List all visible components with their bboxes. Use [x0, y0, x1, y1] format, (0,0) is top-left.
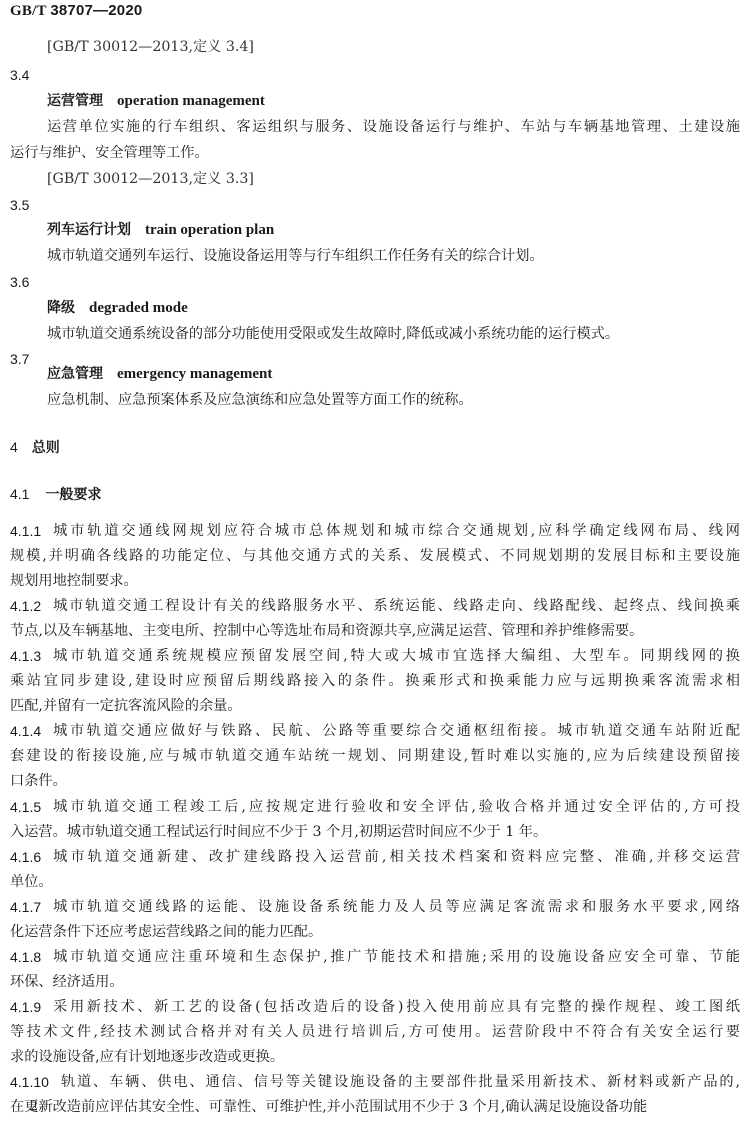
clause-text: 轨道、车辆、供电、通信、信号等关键设施设备的主要部件批量采用新技术、新材料或新产… [61, 1070, 740, 1095]
standard-prefix: GB/T [10, 3, 46, 19]
clause-text: 乘站宜同步建设,建设时应预留后期线路接入的条件。换乘形式和换乘能力应与远期换乘客… [10, 669, 740, 694]
clause-number: 4.1.9 [10, 995, 41, 1020]
clause-text: 规划用地控制要求。 [10, 573, 138, 589]
term-zh: 运营管理 [47, 93, 103, 109]
clause-text: 城市轨道交通线网规划应符合城市总体规划和城市综合交通规划,应科学确定线网布局、线… [53, 519, 740, 544]
clause-text: 在更新改造前应评估其安全性、可靠性、可维护性,并小范围试用不少于 3 个月,确认… [10, 1099, 647, 1115]
definition-text: 城市轨道交通系统设备的部分功能使用受限或发生故障时,降低或减小系统功能的运行模式… [47, 322, 750, 347]
clause-text: 城市轨道交通应做好与铁路、民航、公路等重要综合交通枢纽衔接。城市轨道交通车站附近… [53, 719, 740, 744]
term-heading: 降级degraded mode [47, 296, 750, 321]
clause-line: 乘站宜同步建设,建设时应预留后期线路接入的条件。换乘形式和换乘能力应与远期换乘客… [10, 669, 740, 694]
definition-text: 城市轨道交通列车运行、设施设备运用等与行车组织工作任务有关的综合计划。 [47, 244, 750, 269]
clause-first-line: 4.1.10轨道、车辆、供电、通信、信号等关键设施设备的主要部件批量采用新技术、… [10, 1070, 740, 1095]
clause-line: 口条件。 [10, 769, 740, 794]
clause-text: 入运营。城市轨道交通工程试运行时间应不少于 3 个月,初期运营时间应不少于 1 … [10, 824, 547, 840]
clause-line: 套建设的衔接设施,应与城市轨道交通车站统一规划、同期建设,暂时难以实施的,应为后… [10, 744, 740, 769]
clause-line: 在更新改造前应评估其安全性、可靠性、可维护性,并小范围试用不少于 3 个月,确认… [10, 1095, 740, 1120]
term-heading: 运营管理operation management [47, 89, 750, 114]
clause-line: 单位。 [10, 870, 740, 895]
clause-number: 4.1.7 [10, 895, 41, 920]
clause-first-line: 4.1.4城市轨道交通应做好与铁路、民航、公路等重要综合交通枢纽衔接。城市轨道交… [10, 719, 740, 744]
section-number: 3.4 [10, 63, 740, 88]
clause-first-line: 4.1.9采用新技术、新工艺的设备(包括改造后的设备)投入使用前应具有完整的操作… [10, 995, 740, 1020]
clause-text: 城市轨道交通工程竣工后,应按规定进行验收和安全评估,验收合格并通过安全评估的,方… [53, 795, 740, 820]
chapter-heading: 4总则 [10, 435, 740, 461]
term-heading: 应急管理emergency management [47, 362, 750, 387]
clause-line: 匹配,并留有一定抗客流风险的余量。 [10, 694, 740, 719]
clause-text: 规模,并明确各线路的功能定位、与其他交通方式的关系、发展模式、不同规划期的发展目… [10, 544, 740, 569]
clause-text: 求的设施设备,应有计划地逐步改造或更换。 [10, 1049, 284, 1065]
clause-number: 4.1.1 [10, 519, 41, 544]
clause-number: 4.1.8 [10, 945, 41, 970]
citation: [GB/T 30012—2013,定义 3.3] [47, 167, 750, 192]
clause-text: 城市轨道交通新建、改扩建线路投入运营前,相关技术档案和资料应完整、准确,并移交运… [53, 845, 740, 870]
chapter-number: 4 [10, 439, 18, 455]
clause-text: 环保、经济适用。 [10, 974, 124, 990]
clause-line: 入运营。城市轨道交通工程试运行时间应不少于 3 个月,初期运营时间应不少于 1 … [10, 820, 740, 845]
text-line: 运营单位实施的行车组织、客运组织与服务、设施设备运行与维护、车站与车辆基地管理、… [47, 115, 740, 140]
clause-text: 等技术文件,经技术测试合格并对有关人员进行培训后,方可使用。运营阶段中不符合有关… [10, 1020, 740, 1045]
clause-text: 口条件。 [10, 773, 67, 789]
clause-line: 等技术文件,经技术测试合格并对有关人员进行培训后,方可使用。运营阶段中不符合有关… [10, 1020, 740, 1045]
term-zh: 列车运行计划 [47, 222, 131, 238]
clause-number: 4.1.4 [10, 719, 41, 744]
clause-first-line: 4.1.2城市轨道交通工程设计有关的线路服务水平、系统运能、线路走向、线路配线、… [10, 594, 740, 619]
term-en: operation management [117, 93, 265, 109]
clause-text: 城市轨道交通应注重环境和生态保护,推广节能技术和措施;采用的设施设备应安全可靠、… [53, 945, 740, 970]
clause-number: 4.1.3 [10, 644, 41, 669]
clause-text: 化运营条件下还应考虑运营线路之间的能力匹配。 [10, 924, 322, 940]
section-number: 3.5 [10, 193, 740, 218]
clause-line: 化运营条件下还应考虑运营线路之间的能力匹配。 [10, 920, 740, 945]
clause-line: 节点,以及车辆基地、主变电所、控制中心等选址布局和资源共享,应满足运营、管理和养… [10, 619, 740, 644]
clause-line: 规划用地控制要求。 [10, 569, 740, 594]
clause-line: 规模,并明确各线路的功能定位、与其他交通方式的关系、发展模式、不同规划期的发展目… [10, 544, 740, 569]
definition-text: 运行与维护、安全管理等工作。 [10, 141, 740, 166]
clause-text: 城市轨道交通系统规模应预留发展空间,特大或大城市宜选择大编组、大型车。同期线网的… [53, 644, 740, 669]
term-heading: 列车运行计划train operation plan [47, 218, 750, 243]
subsection-title: 一般要求 [45, 487, 101, 503]
term-en: degraded mode [89, 300, 188, 316]
clause-text: 城市轨道交通线路的运能、设施设备系统能力及人员等应满足客流需求和服务水平要求,网… [53, 895, 740, 920]
standard-number: 38707—2020 [50, 2, 142, 19]
standard-header: GB/T 38707—2020 [10, 2, 142, 20]
definition-text: 运营单位实施的行车组织、客运组织与服务、设施设备运行与维护、车站与车辆基地管理、… [47, 115, 740, 140]
clause-line: 求的设施设备,应有计划地逐步改造或更换。 [10, 1045, 740, 1070]
clause-text: 套建设的衔接设施,应与城市轨道交通车站统一规划、同期建设,暂时难以实施的,应为后… [10, 744, 740, 769]
subsection-heading: 4.1一般要求 [10, 482, 740, 508]
document-page: GB/T 38707—2020 [GB/T 30012—2013,定义 3.4]… [0, 0, 750, 1129]
clause-text: 单位。 [10, 874, 53, 890]
clause-first-line: 4.1.5城市轨道交通工程竣工后,应按规定进行验收和安全评估,验收合格并通过安全… [10, 795, 740, 820]
clause-text: 匹配,并留有一定抗客流风险的余量。 [10, 698, 242, 714]
term-zh: 降级 [47, 300, 75, 316]
clause-line: 环保、经济适用。 [10, 970, 740, 995]
clause-number: 4.1.5 [10, 795, 41, 820]
term-en: train operation plan [145, 222, 274, 238]
chapter-title: 总则 [32, 440, 60, 456]
page-number: 2 [30, 1099, 38, 1114]
clause-text: 城市轨道交通工程设计有关的线路服务水平、系统运能、线路走向、线路配线、起终点、线… [53, 594, 740, 619]
definition-text: 应急机制、应急预案体系及应急演练和应急处置等方面工作的统称。 [47, 388, 750, 413]
clause-text: 采用新技术、新工艺的设备(包括改造后的设备)投入使用前应具有完整的操作规程、竣工… [53, 995, 740, 1020]
section-number: 3.6 [10, 270, 740, 295]
subsection-number: 4.1 [10, 486, 29, 502]
term-zh: 应急管理 [47, 366, 103, 382]
citation: [GB/T 30012—2013,定义 3.4] [47, 35, 750, 60]
clause-number: 4.1.6 [10, 845, 41, 870]
clause-number: 4.1.2 [10, 594, 41, 619]
clause-first-line: 4.1.8城市轨道交通应注重环境和生态保护,推广节能技术和措施;采用的设施设备应… [10, 945, 740, 970]
clause-text: 节点,以及车辆基地、主变电所、控制中心等选址布局和资源共享,应满足运营、管理和养… [10, 623, 643, 639]
clause-first-line: 4.1.3城市轨道交通系统规模应预留发展空间,特大或大城市宜选择大编组、大型车。… [10, 644, 740, 669]
clause-number: 4.1.10 [10, 1070, 49, 1095]
clause-first-line: 4.1.1城市轨道交通线网规划应符合城市总体规划和城市综合交通规划,应科学确定线… [10, 519, 740, 544]
clause-first-line: 4.1.6城市轨道交通新建、改扩建线路投入运营前,相关技术档案和资料应完整、准确… [10, 845, 740, 870]
clause-first-line: 4.1.7城市轨道交通线路的运能、设施设备系统能力及人员等应满足客流需求和服务水… [10, 895, 740, 920]
term-en: emergency management [117, 366, 272, 382]
